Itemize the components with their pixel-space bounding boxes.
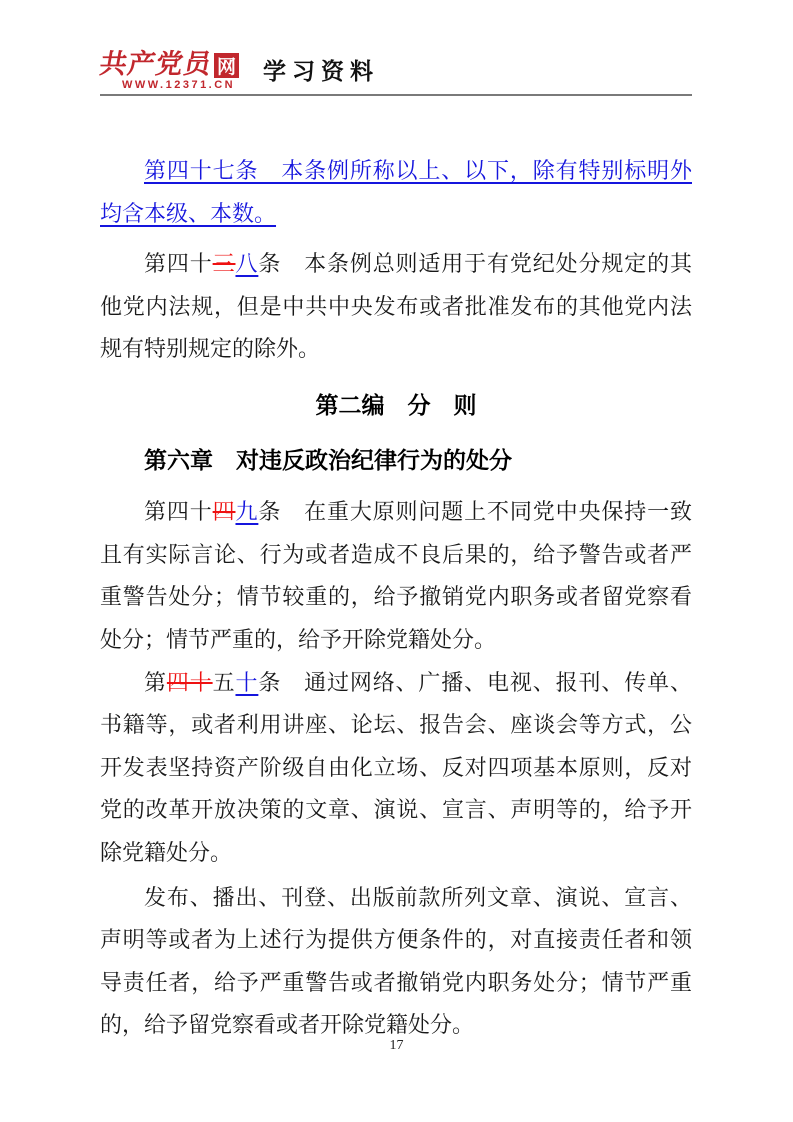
- site-logo: 共产党员网 WWW.12371.CN: [100, 50, 239, 91]
- article-47-inserted-text: 第四十七条 本条例所称以上、以下，除有特别标明外均含本级、本数。: [100, 158, 692, 226]
- document-page: 共产党员网 WWW.12371.CN 学习资料 第四十七条 本条例所称以上、以下…: [0, 0, 793, 1122]
- header-subtitle: 学习资料: [263, 53, 379, 86]
- article-48-deleted-text: 三: [213, 251, 236, 276]
- page-footer: 17: [0, 1038, 793, 1054]
- page-number: 17: [390, 1038, 404, 1053]
- article-50-mid-text: 五: [213, 670, 236, 695]
- article-50-second-body-text: 发布、播出、刊登、出版前款所列文章、演说、宣言、声明等或者为上述行为提供方便条件…: [100, 885, 692, 1038]
- article-49-inserted-text: 九: [235, 499, 258, 524]
- article-47-paragraph: 第四十七条 本条例所称以上、以下，除有特别标明外均含本级、本数。: [100, 150, 692, 235]
- article-49-deleted-text: 四: [213, 499, 236, 524]
- logo-net-badge: 网: [214, 53, 239, 78]
- logo-calligraphy-text: 共产党员: [98, 50, 215, 78]
- page-header: 共产党员网 WWW.12371.CN 学习资料: [100, 50, 692, 90]
- article-48-prefix: 第四十: [144, 251, 213, 276]
- document-body: 第四十七条 本条例所称以上、以下，除有特别标明外均含本级、本数。 第四十三八条 …: [100, 150, 692, 1047]
- chapter-heading: 第六章 对违反政治纪律行为的处分: [100, 439, 692, 482]
- article-50-paragraph: 第四十五十条 通过网络、广播、电视、报刊、传单、书籍等，或者利用讲座、论坛、报告…: [100, 662, 692, 875]
- article-49-paragraph: 第四十四九条 在重大原则问题上不同党中央保持一致且有实际言论、行为或者造成不良后…: [100, 491, 692, 661]
- header-divider: [100, 94, 692, 96]
- article-50-second-paragraph: 发布、播出、刊登、出版前款所列文章、演说、宣言、声明等或者为上述行为提供方便条件…: [100, 877, 692, 1047]
- article-50-body-text: 条 通过网络、广播、电视、报刊、传单、书籍等，或者利用讲座、论坛、报告会、座谈会…: [100, 670, 692, 865]
- article-50-inserted-text: 十: [235, 670, 258, 695]
- part-heading: 第二编 分 则: [100, 384, 692, 427]
- article-48-paragraph: 第四十三八条 本条例总则适用于有党纪处分规定的其他党内法规，但是中共中央发布或者…: [100, 243, 692, 371]
- site-brand: 共产党员网 WWW.12371.CN 学习资料: [100, 50, 692, 91]
- article-50-prefix: 第: [144, 670, 167, 695]
- logo-url-text: WWW.12371.CN: [122, 79, 239, 91]
- article-49-prefix: 第四十: [144, 499, 213, 524]
- article-50-deleted-text: 四十: [167, 670, 213, 695]
- article-48-inserted-text: 八: [235, 251, 258, 276]
